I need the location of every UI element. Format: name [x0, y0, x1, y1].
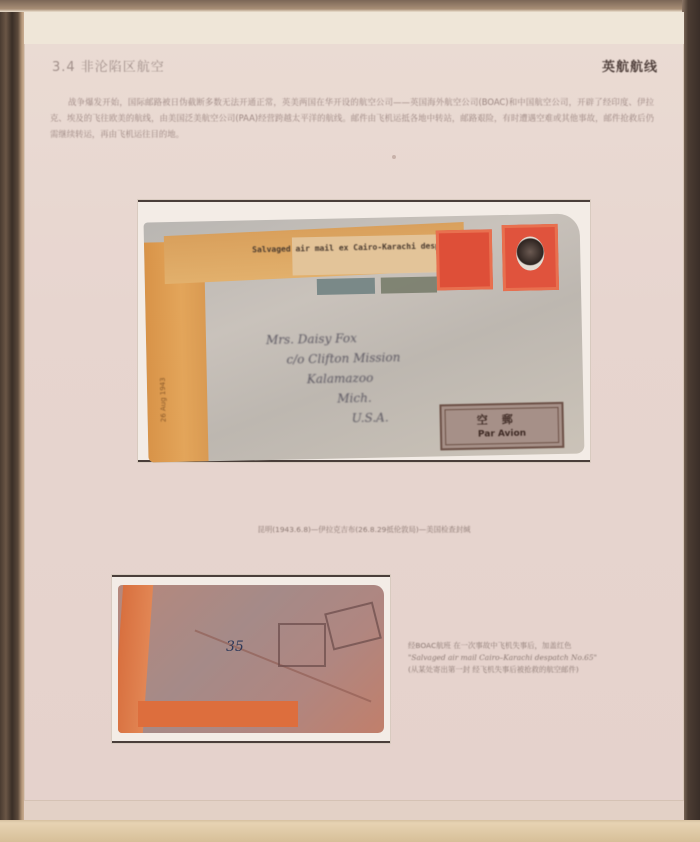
postage-stamp-portrait [502, 224, 559, 291]
frame-right-edge [682, 0, 700, 842]
frame-bottom-edge [0, 820, 700, 842]
section-title: 3.4 非沦陷区航空 [52, 56, 165, 75]
caption-line: (从某处寄出第一封 经飞机失事后被抢救的航空邮件) [408, 664, 678, 676]
postage-stamp-small-2 [381, 276, 437, 293]
postage-stamp-small-1 [317, 278, 375, 295]
sheet-bottom-band [24, 800, 684, 821]
cover-2-caption: 经BOAC航班 在一次事故中飞机失事后，加盖红色 "Salvaged air m… [408, 640, 678, 676]
caption-line: 经BOAC航班 在一次事故中飞机失事后，加盖红色 [408, 640, 678, 652]
airmail-cover-2: 35 [118, 585, 384, 733]
handstamp-1 [278, 623, 326, 667]
caption-line: "Salvaged air mail Cairo–Karachi despatc… [408, 652, 678, 664]
postage-stamp-red-1 [436, 229, 493, 290]
side-date-stamp: 26 Aug 1943 [159, 377, 168, 422]
sheet-top-band [24, 12, 684, 44]
airmail-label: 空郵 Par Avion [439, 402, 564, 451]
section-tag: 英航航线 [602, 56, 658, 75]
decorative-dot [392, 155, 396, 159]
manuscript-mark: 35 [226, 639, 244, 655]
exhibit-sheet: 3.4 非沦陷区航空 英航航线 战争爆发开始，国际邮路被日伪截断多数无法开通正常… [24, 12, 684, 820]
cover-mount-2: 35 [112, 575, 390, 743]
frame-top-edge [0, 0, 700, 12]
intro-paragraph: 战争爆发开始，国际邮路被日伪截断多数无法开通正常，英美两国在华开设的航空公司——… [50, 94, 654, 142]
cover-1-caption: 昆明(1943.6.8)—伊拉克吉布(26.8.29抵伦敦局)—美国检查封缄 [174, 524, 554, 535]
airmail-label-cn: 空郵 [442, 410, 562, 429]
handstamp-2 [324, 602, 382, 651]
airmail-label-en: Par Avion [442, 428, 562, 441]
airmail-cover-1: Salvaged air mail ex Cairo-Karachi despa… [144, 213, 585, 462]
cover-mount-1: Salvaged air mail ex Cairo-Karachi despa… [138, 200, 590, 462]
portrait-icon [516, 236, 545, 271]
censor-tape-bottom [138, 701, 298, 727]
